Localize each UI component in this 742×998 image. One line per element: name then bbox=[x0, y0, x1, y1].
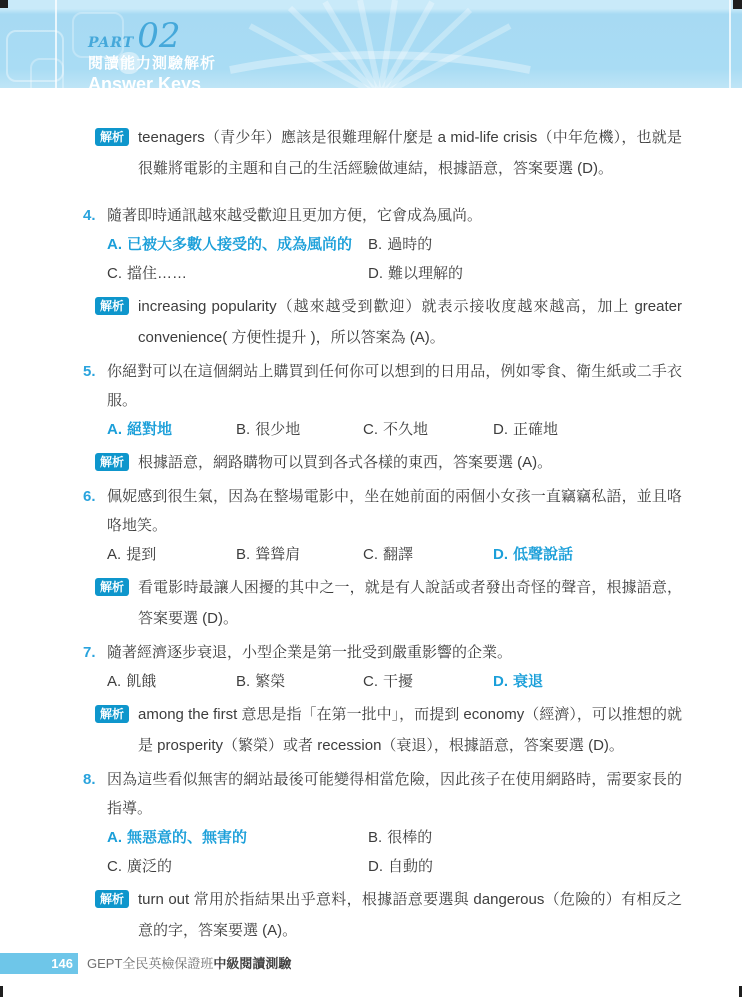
page-number-bar: 146 bbox=[0, 953, 78, 974]
explanation-block: 解析 看電影時最讓人困擾的其中之一，就是有人說話或者發出奇怪的聲音，根據語意，答… bbox=[95, 572, 682, 634]
question-text: 隨著即時通訊越來越受歡迎且更加方便，它會成為風尚。 bbox=[107, 201, 682, 230]
analysis-badge: 解析 bbox=[95, 578, 129, 596]
answer-key-content: 解析 teenagers（青少年）應該是很難理解什麼是 a mid-life c… bbox=[0, 122, 742, 946]
part-word: PART bbox=[88, 35, 134, 51]
question-number: 4. bbox=[83, 201, 107, 230]
option-d-correct: D.衰退 bbox=[493, 667, 682, 696]
option-b: B.繁榮 bbox=[236, 667, 363, 696]
question-block-4: 4. 隨著即時通訊越來越受歡迎且更加方便，它會成為風尚。 A.已被大多數人接受的… bbox=[83, 201, 682, 353]
question-number: 6. bbox=[83, 482, 107, 511]
option-d-correct: D.低聲說話 bbox=[493, 540, 682, 569]
question-text: 佩妮感到很生氣，因為在整場電影中，坐在她前面的兩個小女孩一直竊竊私語，並且咯咯地… bbox=[107, 482, 682, 540]
explanation-text: teenagers（青少年）應該是很難理解什麼是 a mid-life cris… bbox=[138, 122, 682, 184]
options-grid: A.無惡意的、無害的 B.很棒的 C.廣泛的 D.自動的 bbox=[107, 823, 682, 881]
chapter-logo: PART02 閱讀能力測驗解析 Answer Keys bbox=[88, 18, 216, 88]
analysis-badge: 解析 bbox=[95, 453, 129, 471]
header-divider-line bbox=[729, 0, 731, 88]
option-c: C.翻譯 bbox=[363, 540, 493, 569]
option-b: B.很棒的 bbox=[368, 823, 682, 852]
option-a: A.提到 bbox=[107, 540, 236, 569]
option-a: A.飢餓 bbox=[107, 667, 236, 696]
option-c: C.不久地 bbox=[363, 415, 493, 444]
option-c: C.廣泛的 bbox=[107, 852, 368, 881]
question-text: 你絕對可以在這個網站上購買到任何你可以想到的日用品，例如零食、衛生紙或二手衣服。 bbox=[107, 357, 682, 415]
question-number: 5. bbox=[83, 357, 107, 386]
explanation-text: among the first 意思是指「在第一批中」，而提到 economy（… bbox=[138, 699, 682, 761]
option-a-correct: A.絕對地 bbox=[107, 415, 236, 444]
print-corner-mark bbox=[0, 0, 8, 8]
options-grid: A.已被大多數人接受的、成為風尚的 B.過時的 C.擋住…… D.難以理解的 bbox=[107, 230, 682, 288]
question-text: 隨著經濟逐步衰退，小型企業是第一批受到嚴重影響的企業。 bbox=[107, 638, 682, 667]
explanation-block: 解析 increasing popularity（越來越受到歡迎）就表示接收度越… bbox=[95, 291, 682, 353]
option-b: B.過時的 bbox=[368, 230, 682, 259]
option-b: B.聳聳肩 bbox=[236, 540, 363, 569]
question-block-5: 5. 你絕對可以在這個網站上購買到任何你可以想到的日用品，例如零食、衛生紙或二手… bbox=[83, 357, 682, 478]
footer-book-title: GEPT全民英檢保證班中級閱讀測驗 bbox=[87, 953, 291, 974]
part-number: 02 bbox=[137, 16, 180, 56]
explanation-block-q3: 解析 teenagers（青少年）應該是很難理解什麼是 a mid-life c… bbox=[95, 122, 682, 184]
options-grid: A.絕對地 B.很少地 C.不久地 D.正確地 bbox=[107, 415, 682, 444]
page-header: PART02 閱讀能力測驗解析 Answer Keys bbox=[0, 0, 742, 88]
explanation-block: 解析 根據語意，網路購物可以買到各式各樣的東西，答案要選 (A)。 bbox=[95, 447, 682, 478]
explanation-text: increasing popularity（越來越受到歡迎）就表示接收度越來越高… bbox=[138, 291, 682, 353]
option-a-correct: A.無惡意的、無害的 bbox=[107, 823, 368, 852]
question-block-7: 7. 隨著經濟逐步衰退，小型企業是第一批受到嚴重影響的企業。 A.飢餓 B.繁榮… bbox=[83, 638, 682, 761]
chapter-title-zh: 閱讀能力測驗解析 bbox=[88, 56, 216, 73]
book-series-title: GEPT全民英檢保證班 bbox=[87, 956, 213, 971]
page-footer: 146 GEPT全民英檢保證班中級閱讀測驗 bbox=[0, 953, 742, 974]
print-corner-mark bbox=[733, 0, 742, 9]
chapter-title-en: Answer Keys bbox=[88, 75, 216, 88]
print-corner-mark bbox=[0, 986, 3, 997]
option-d: D.難以理解的 bbox=[368, 259, 682, 288]
part-number-logo: PART02 bbox=[88, 18, 216, 55]
open-book-fan-icon bbox=[170, 0, 590, 88]
book-section-title: 中級閱讀測驗 bbox=[213, 956, 291, 971]
analysis-badge: 解析 bbox=[95, 890, 129, 908]
analysis-badge: 解析 bbox=[95, 128, 129, 146]
decorative-square bbox=[30, 58, 64, 88]
explanation-text: 根據語意，網路購物可以買到各式各樣的東西，答案要選 (A)。 bbox=[138, 447, 682, 478]
option-c: C.擋住…… bbox=[107, 259, 368, 288]
explanation-block: 解析 turn out 常用於指結果出乎意料，根據語意要選與 dangerous… bbox=[95, 884, 682, 946]
question-number: 8. bbox=[83, 765, 107, 794]
options-grid: A.飢餓 B.繁榮 C.干擾 D.衰退 bbox=[107, 667, 682, 696]
option-c: C.干擾 bbox=[363, 667, 493, 696]
question-number: 7. bbox=[83, 638, 107, 667]
explanation-text: 看電影時最讓人困擾的其中之一，就是有人說話或者發出奇怪的聲音，根據語意，答案要選… bbox=[138, 572, 682, 634]
explanation-block: 解析 among the first 意思是指「在第一批中」，而提到 econo… bbox=[95, 699, 682, 761]
explanation-text: turn out 常用於指結果出乎意料，根據語意要選與 dangerous（危險… bbox=[138, 884, 682, 946]
analysis-badge: 解析 bbox=[95, 297, 129, 315]
header-divider-line bbox=[55, 0, 57, 88]
question-text: 因為這些看似無害的網站最後可能變得相當危險，因此孩子在使用網路時，需要家長的指導… bbox=[107, 765, 682, 823]
option-d: D.自動的 bbox=[368, 852, 682, 881]
option-a-correct: A.已被大多數人接受的、成為風尚的 bbox=[107, 230, 368, 259]
question-block-8: 8. 因為這些看似無害的網站最後可能變得相當危險，因此孩子在使用網路時，需要家長… bbox=[83, 765, 682, 946]
question-block-6: 6. 佩妮感到很生氣，因為在整場電影中，坐在她前面的兩個小女孩一直竊竊私語，並且… bbox=[83, 482, 682, 634]
analysis-badge: 解析 bbox=[95, 705, 129, 723]
options-grid: A.提到 B.聳聳肩 C.翻譯 D.低聲說話 bbox=[107, 540, 682, 569]
page-number: 146 bbox=[51, 956, 73, 971]
option-d: D.正確地 bbox=[493, 415, 682, 444]
option-b: B.很少地 bbox=[236, 415, 363, 444]
